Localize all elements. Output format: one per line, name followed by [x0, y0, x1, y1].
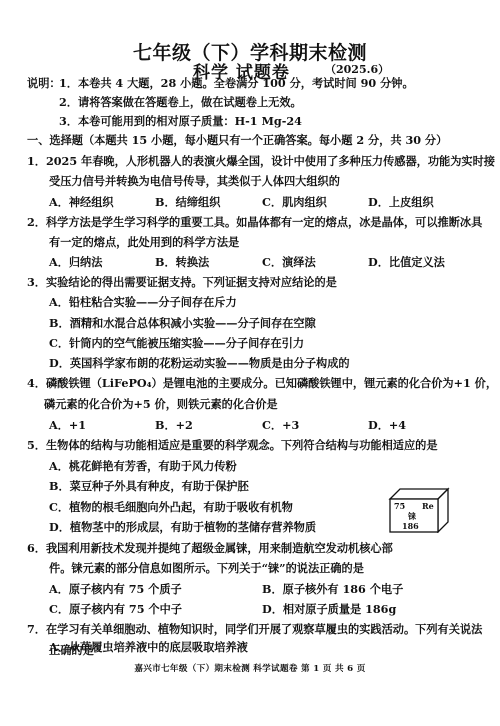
- question-1-line-2: 受压力信号并转换为电信号传导，其类似于人体四大组织的: [49, 174, 340, 188]
- page-footer: 嘉兴市七年级（下）期末检测 科学试题卷 第 1 页 共 6 页: [0, 662, 500, 674]
- question-2-option-d: D．比值定义法: [368, 255, 445, 269]
- question-2-option-a: A．归纳法: [49, 255, 102, 269]
- question-6-line-1: 6．我国利用新技术发现并提纯了超级金属铼，用来制造航空发动机核心部: [27, 541, 393, 555]
- question-4-line-1: 4．磷酸铁锂（LiFePO₄）是锂电池的主要成分。已知磷酸铁锂中，锂元素的化合价…: [27, 376, 497, 390]
- question-4-line-2: 磷元素的化合价为+5 价，则铁元素的化合价是: [44, 397, 278, 411]
- question-5-option-b: B．菜豆种子外具有种皮，有助于保护胚: [49, 479, 249, 493]
- question-3-option-c: C．针筒内的空气能被压缩实验——分子间存在引力: [49, 336, 304, 350]
- element-atomic-number: 75: [394, 501, 405, 511]
- exam-date: （2025.6）: [325, 61, 389, 77]
- question-3-option-b: B．酒精和水混合总体积减小实验——分子间存在空隙: [49, 316, 316, 330]
- question-6-option-a: A．原子核内有 75 个质子: [49, 582, 182, 596]
- question-4-option-d: D．+4: [368, 418, 406, 432]
- question-5-option-a: A．桃花鲜艳有芳香，有助于风力传粉: [49, 459, 237, 473]
- question-2-option-c: C．演绎法: [262, 255, 316, 269]
- question-5-line-1: 5．生物体的结构与功能相适应是重要的科学观念。下列符合结构与功能相适应的是: [27, 438, 438, 452]
- question-6-option-b: B．原子核外有 186 个电子: [262, 582, 403, 596]
- instruction-item: 2．请将答案做在答题卷上，做在试题卷上无效。: [59, 95, 302, 109]
- element-symbol: Re: [422, 501, 434, 511]
- question-4-option-b: B．+2: [155, 418, 193, 432]
- question-6-option-d: D．相对原子质量是 186g: [262, 602, 396, 616]
- question-1-line-1: 1．2025 年春晚，人形机器人的表演火爆全国，设计中使用了多种压力传感器，功能…: [27, 154, 495, 168]
- question-7-line-1: 7．在学习有关单细胞动、植物知识时，同学们开展了观察草履虫的实践活动。下列有关说…: [27, 622, 482, 636]
- question-1-option-d: D．上皮组织: [368, 195, 434, 209]
- instruction-item: 3．本卷可能用到的相对原子质量：H-1 Mg-24: [59, 114, 302, 128]
- question-5-option-c: C．植物的根毛细胞向外凸起，有助于吸收有机物: [49, 500, 293, 514]
- question-6-option-c: C．原子核内有 75 个中子: [49, 602, 182, 616]
- section-heading: 一、选择题（本题共 15 小题，每小题只有一个正确答案。每小题 2 分，共 30…: [27, 133, 447, 147]
- question-2-option-b: B．转换法: [155, 255, 209, 269]
- question-6-line-2: 件。铼元素的部分信息如图所示。下列关于“铼”的说法正确的是: [49, 561, 364, 575]
- element-atomic-mass: 186: [402, 521, 419, 531]
- question-3-option-d: D．英国科学家布朗的花粉运动实验——物质是由分子构成的: [49, 356, 350, 370]
- question-4-option-c: C．+3: [262, 418, 299, 432]
- question-2-line-1: 2．科学方法是学生学习科学的重要工具。如晶体都有一定的熔点，冰是晶体，可以推断冰…: [27, 215, 482, 229]
- instructions-label: 说明：: [27, 76, 61, 90]
- question-1-option-b: B．结缔组织: [155, 195, 220, 209]
- instruction-item: 1．本卷共 4 大题，28 小题。全卷满分 100 分，考试时间 90 分钟。: [59, 76, 414, 90]
- question-1-option-c: C．肌肉组织: [262, 195, 327, 209]
- question-1-option-a: A．神经组织: [49, 195, 114, 209]
- rhenium-element-card: 75 Re 铼 186: [388, 487, 450, 533]
- question-2-line-2: 有一定的熔点，此处用到的科学方法是: [49, 235, 239, 249]
- question-4-option-a: A．+1: [49, 418, 86, 432]
- question-3-option-a: A．铅柱粘合实验——分子间存在斥力: [49, 295, 237, 309]
- question-3-line-1: 3．实验结论的得出需要证据支持。下列证据支持对应结论的是: [27, 275, 337, 289]
- question-7-option-a: A．从草履虫培养液中的底层吸取培养液: [49, 640, 248, 654]
- question-5-option-d: D．植物茎中的形成层，有助于植物的茎储存营养物质: [49, 520, 316, 534]
